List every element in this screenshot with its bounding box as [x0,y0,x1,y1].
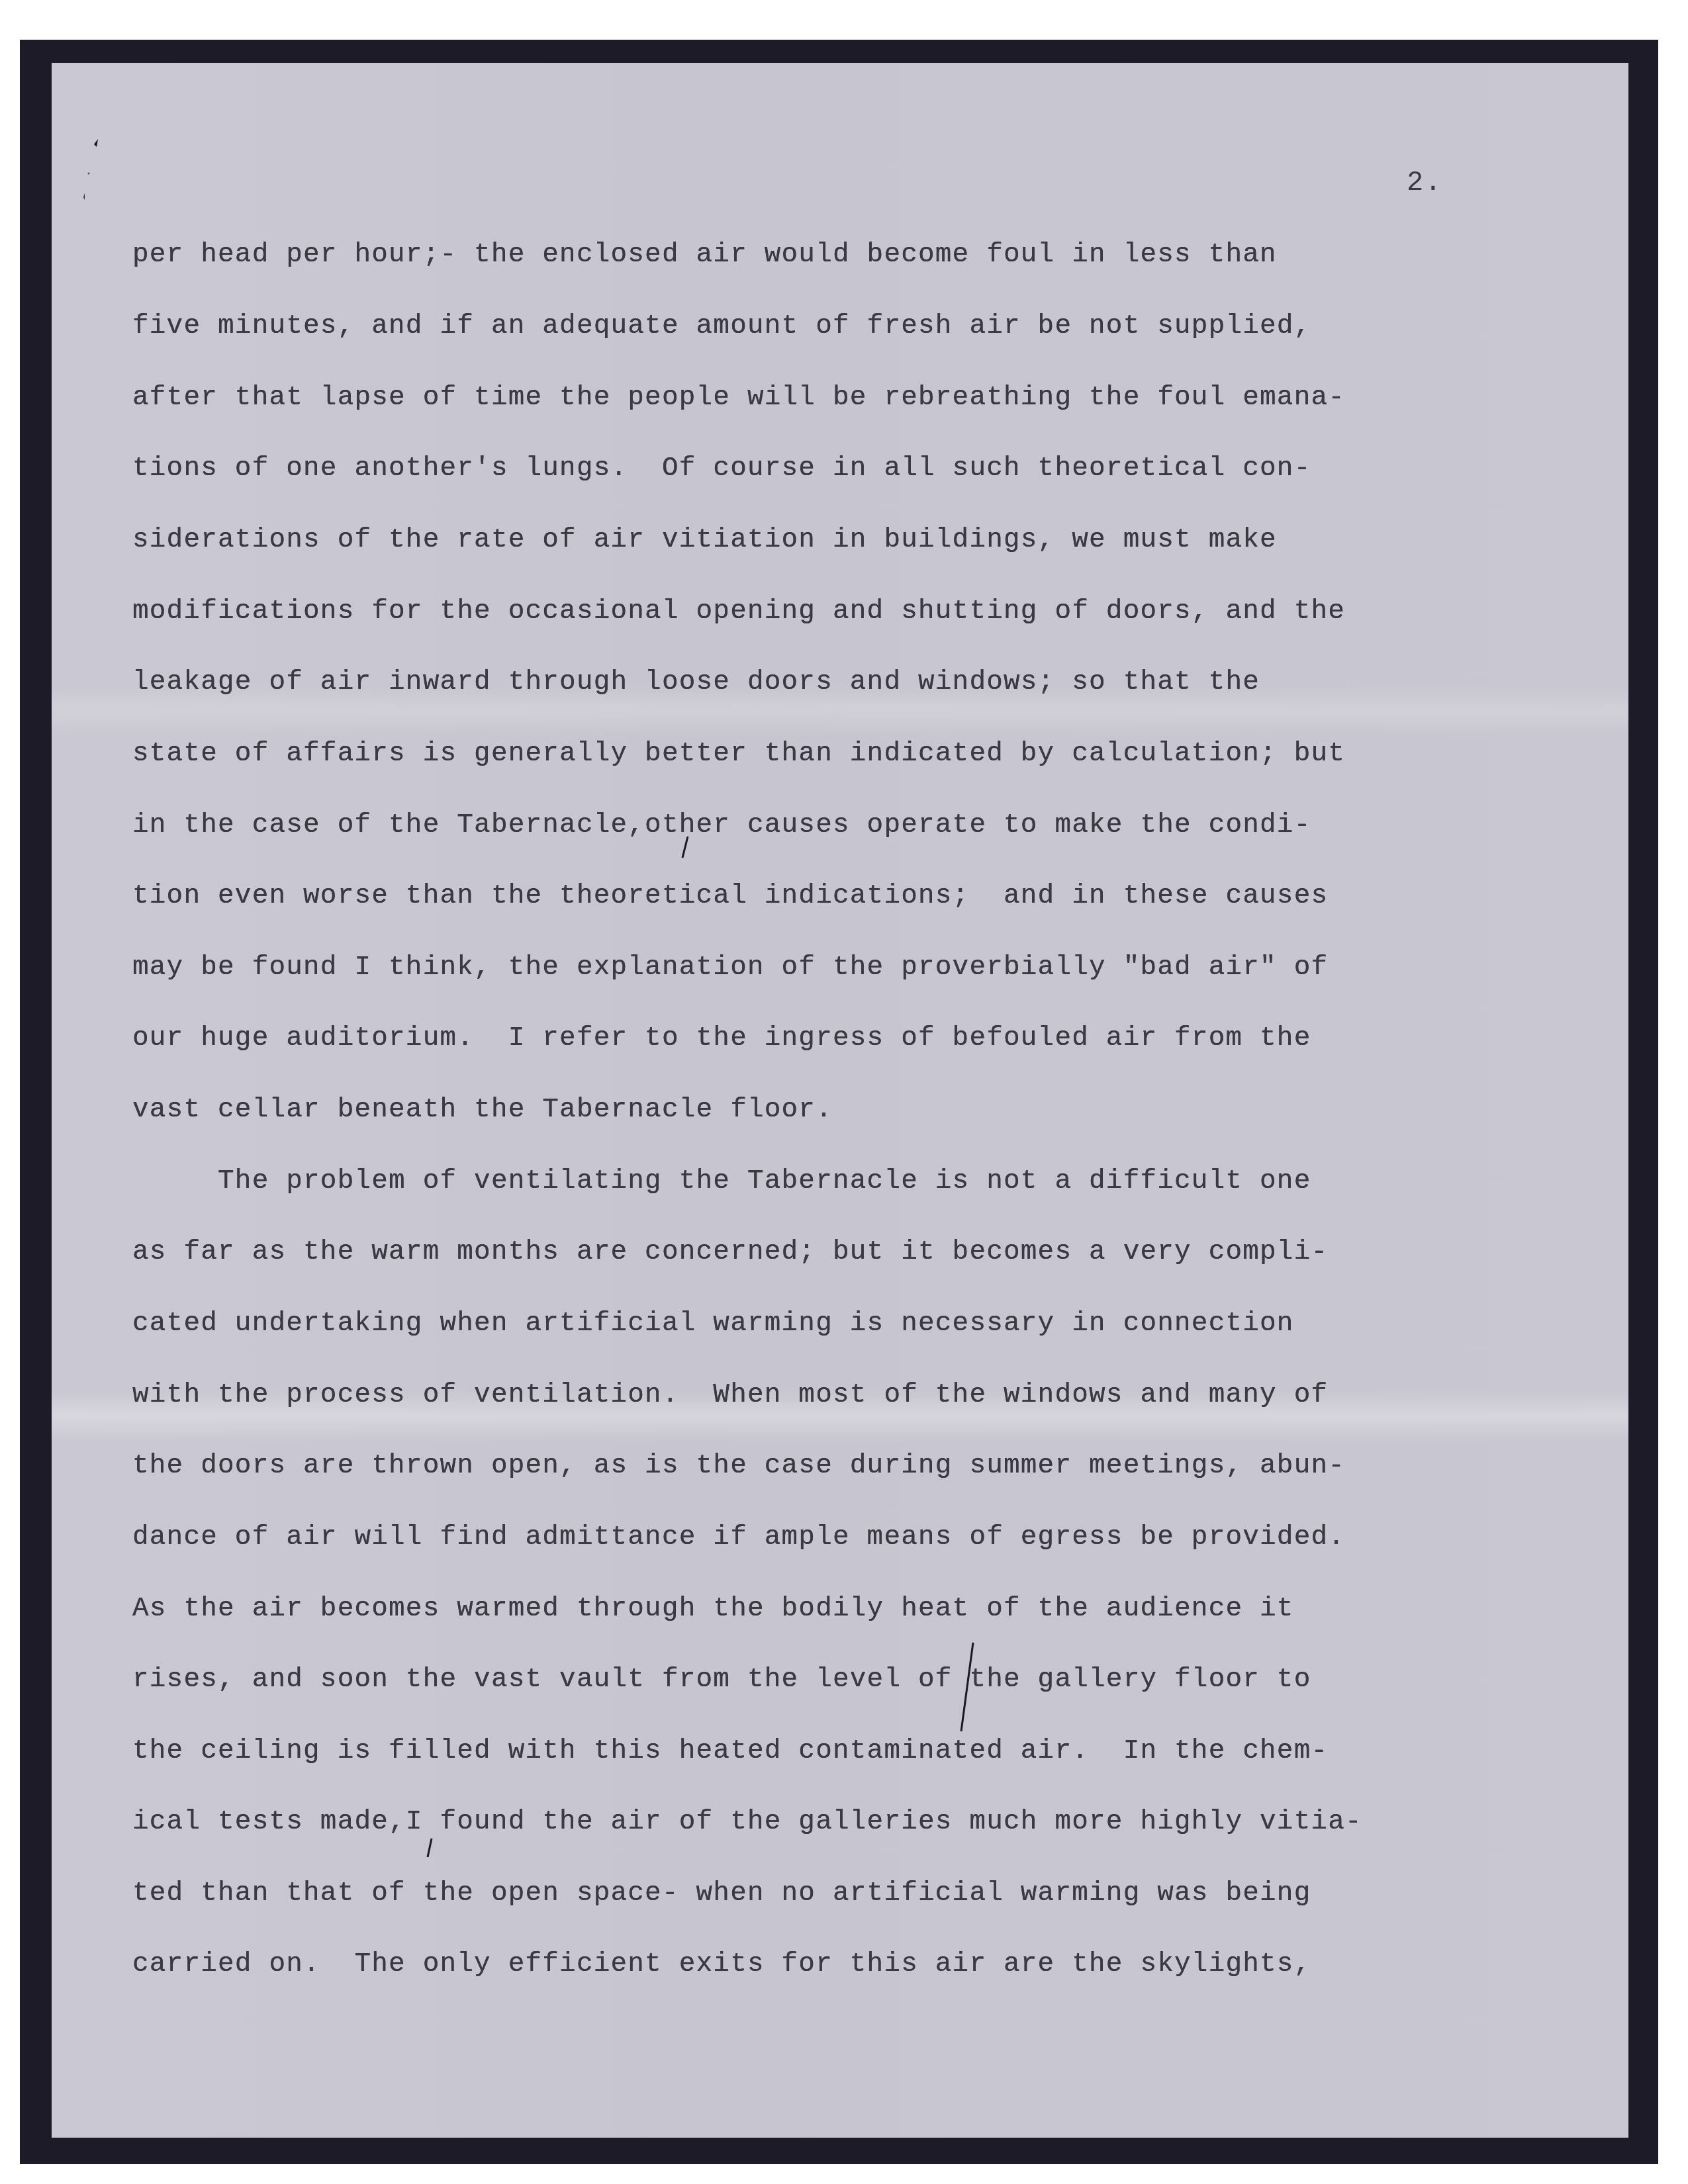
text-line: dance of air will find admittance if amp… [132,1521,1345,1554]
text-line: cated undertaking when artificial warmin… [132,1307,1294,1340]
text-line: state of affairs is generally better tha… [132,737,1345,770]
text-line: as far as the warm months are concerned;… [132,1236,1328,1269]
text-line: The problem of ventilating the Tabernacl… [132,1165,1311,1198]
text-line: ical tests made,I found the air of the g… [132,1805,1362,1839]
text-line: the doors are thrown open, as is the cas… [132,1449,1345,1482]
text-line: vast cellar beneath the Tabernacle floor… [132,1093,833,1126]
text-line: our huge auditorium. I refer to the ingr… [132,1022,1311,1055]
text-line: per head per hour;- the enclosed air wou… [132,238,1277,271]
text-line: As the air becomes warmed through the bo… [132,1592,1294,1625]
text-line: may be found I think, the explanation of… [132,951,1328,984]
page-number: 2. [1407,167,1442,199]
text-line: rises, and soon the vast vault from the … [132,1663,1311,1696]
text-line: with the process of ventilation. When mo… [132,1379,1328,1412]
text-line: in the case of the Tabernacle,other caus… [132,809,1311,842]
text-line: modifications for the occasional opening… [132,595,1345,628]
pencil-slash-mark [953,1641,980,1734]
text-line: tions of one another's lungs. Of course … [132,452,1311,485]
text-line: leakage of air inward through loose door… [132,666,1260,699]
pencil-comma-mark [424,1837,437,1864]
text-line: the ceiling is filled with this heated c… [132,1735,1328,1768]
pencil-comma-mark [679,835,692,862]
margin-ink-marks [79,132,119,212]
text-line: five minutes, and if an adequate amount … [132,310,1311,343]
text-line: tion even worse than the theoretical ind… [132,880,1328,913]
text-line: ted than that of the open space- when no… [132,1877,1311,1910]
text-line: siderations of the rate of air vitiation… [132,523,1277,557]
text-line: carried on. The only efficient exits for… [132,1948,1311,1981]
text-line: after that lapse of time the people will… [132,381,1345,414]
